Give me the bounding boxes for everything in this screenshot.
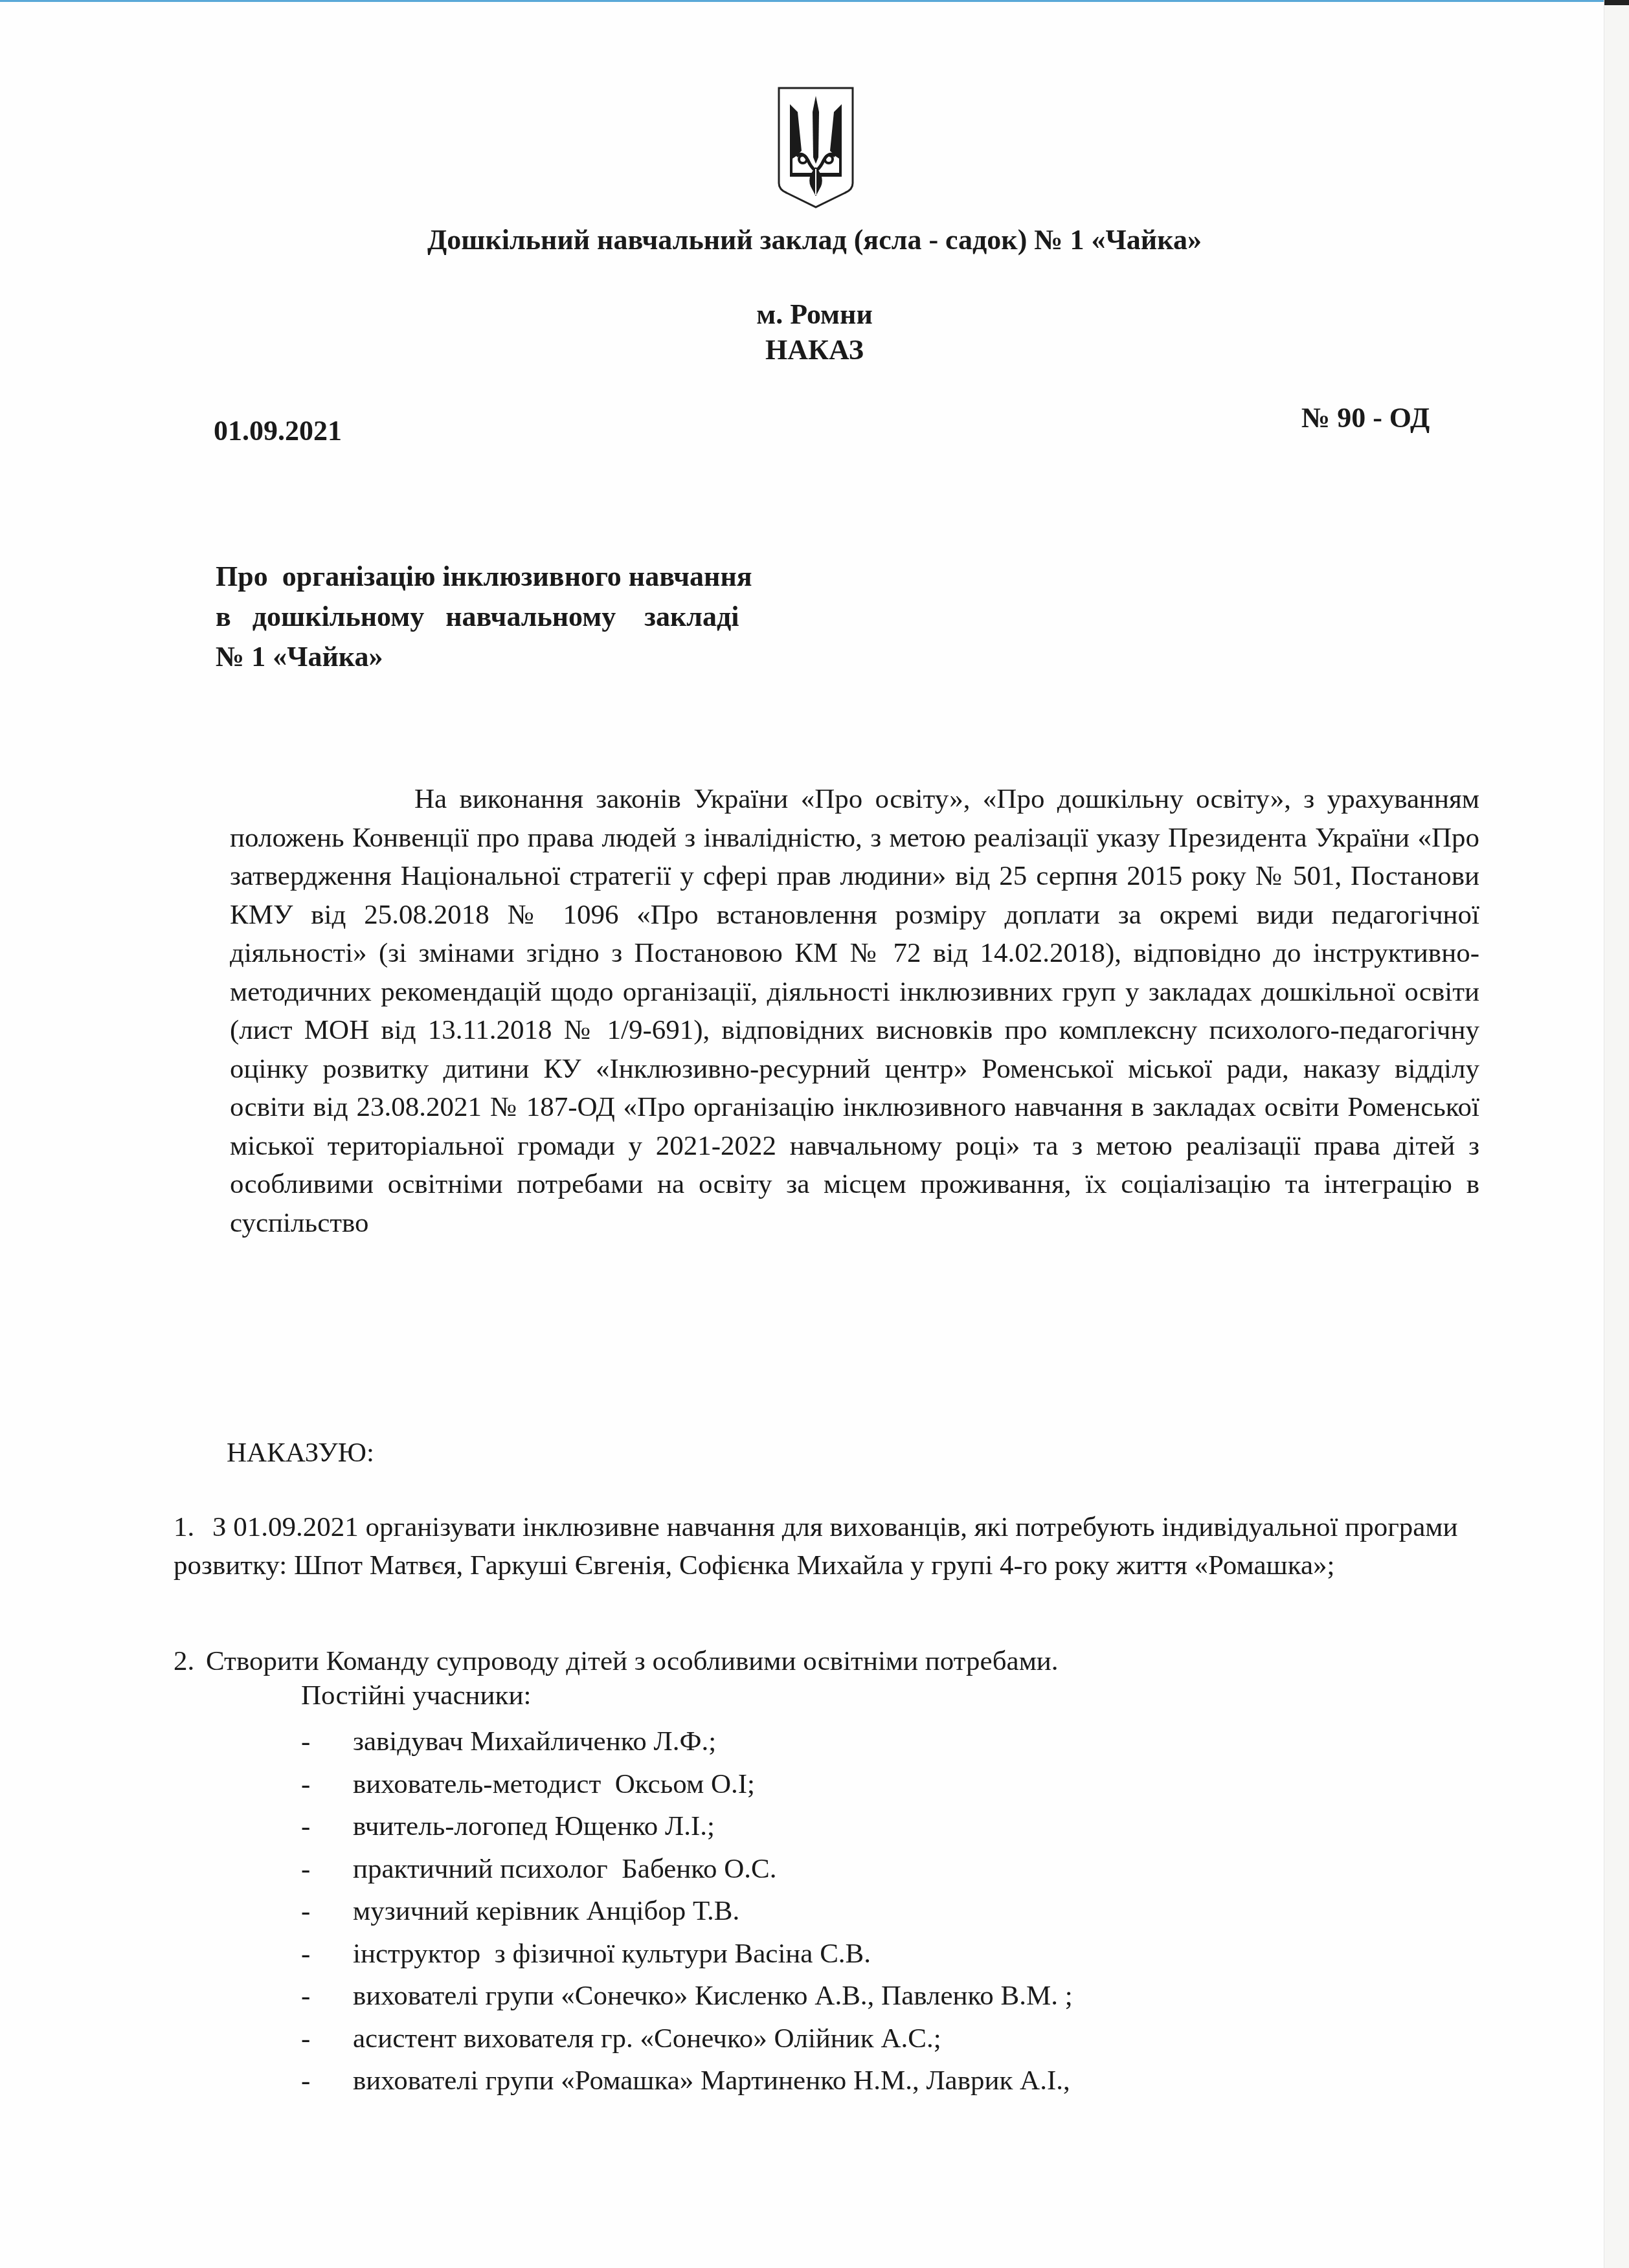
scan-corner xyxy=(1604,0,1629,5)
team-member: -завідувач Михайличенко Л.Ф.; xyxy=(301,1720,1073,1763)
team-member: -вихователі групи «Сонечко» Кисленко А.В… xyxy=(301,1975,1073,2018)
coat-of-arms-icon xyxy=(777,86,855,209)
team-member: -асистент вихователя гр. «Сонечко» Олійн… xyxy=(301,2018,1073,2060)
team-member: -музичний керівник Анцібор Т.В. xyxy=(301,1890,1073,1933)
bullet-dash: - xyxy=(301,1890,310,1933)
item-number: 1. xyxy=(174,1508,212,1546)
order-heading: НАКАЗУЮ: xyxy=(227,1437,374,1469)
bullet-dash: - xyxy=(301,1720,310,1763)
city-name: м. Ромни xyxy=(0,298,1629,331)
bullet-dash: - xyxy=(301,1848,310,1891)
subject-line: Про організацію інклюзивного навчання xyxy=(216,557,752,597)
team-member: -вихователі групи «Ромашка» Мартиненко Н… xyxy=(301,2060,1073,2102)
bullet-dash: - xyxy=(301,1805,310,1848)
team-member: -вихователь-методист Оксьом О.І; xyxy=(301,1763,1073,1806)
order-date: 01.09.2021 xyxy=(214,414,342,447)
bullet-dash: - xyxy=(301,1763,310,1806)
team-member: -інструктор з фізичної культури Васіна С… xyxy=(301,1933,1073,1975)
bullet-dash: - xyxy=(301,2060,310,2102)
order-subject: Про організацію інклюзивного навчання в … xyxy=(216,557,752,677)
item-text: З 01.09.2021 організувати інклюзивне нав… xyxy=(174,1512,1458,1581)
item-text: Створити Команду супроводу дітей з особл… xyxy=(206,1646,1059,1676)
order-number: № 90 - ОД xyxy=(1301,401,1430,434)
document-type: НАКАЗ xyxy=(0,333,1629,366)
subject-line: № 1 «Чайка» xyxy=(216,637,752,677)
order-item-1: 1.З 01.09.2021 організувати інклюзивне н… xyxy=(174,1508,1501,1584)
team-member: -вчитель-логопед Ющенко Л.І.; xyxy=(301,1805,1073,1848)
preamble-paragraph: На виконання законів України «Про освіту… xyxy=(230,780,1479,1242)
scan-top-edge xyxy=(0,0,1604,2)
item-number: 2. xyxy=(174,1642,206,1680)
order-item-2: 2.Створити Команду супроводу дітей з осо… xyxy=(174,1642,1501,1680)
subject-line: в дошкільному навчальному закладі xyxy=(216,597,752,637)
institution-name: Дошкільний навчальний заклад (ясла - сад… xyxy=(0,223,1629,256)
bullet-dash: - xyxy=(301,2018,310,2060)
team-members-list: -завідувач Михайличенко Л.Ф.; -виховател… xyxy=(301,1720,1073,2102)
bullet-dash: - xyxy=(301,1975,310,2018)
team-member: -практичний психолог Бабенко О.С. xyxy=(301,1848,1073,1891)
team-label: Постійні учасники: xyxy=(301,1680,531,1711)
bullet-dash: - xyxy=(301,1933,310,1975)
